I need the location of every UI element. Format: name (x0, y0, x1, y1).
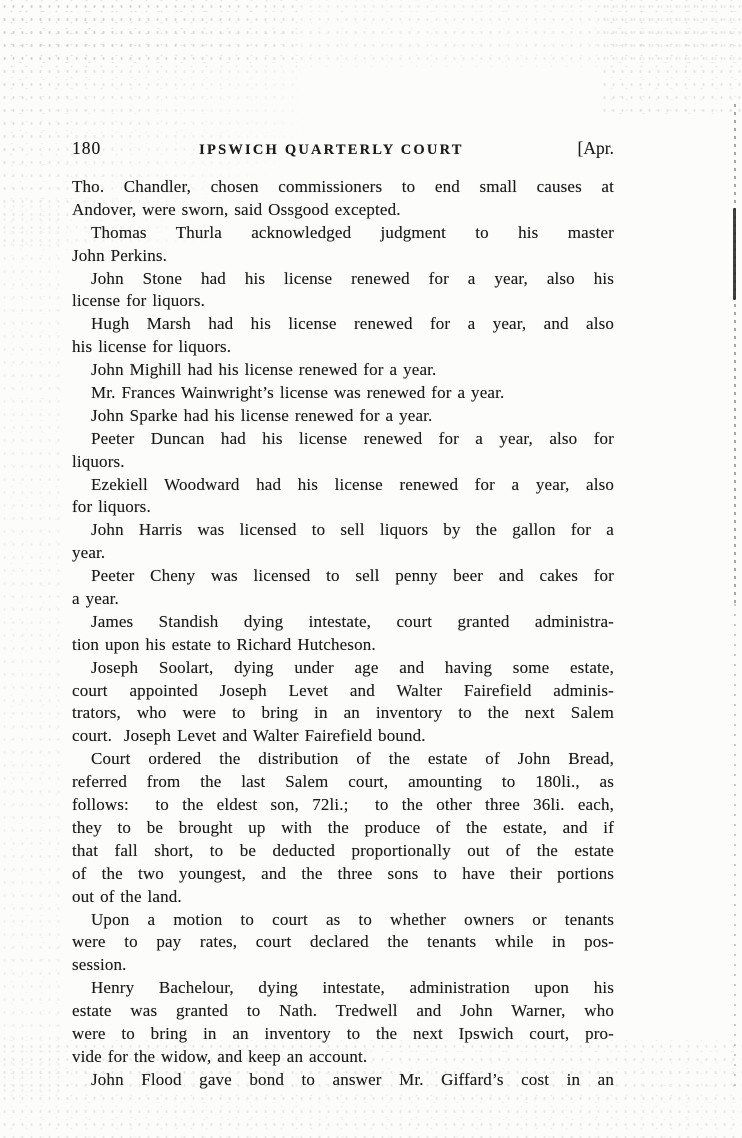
text-line: of the two youngest, and the three sons … (72, 863, 614, 886)
running-title: IPSWICH QUARTERLY COURT (199, 142, 463, 159)
text-line: that fall short, to be deducted proporti… (72, 840, 614, 863)
text-line: follows: to the eldest son, 72li.; to th… (72, 794, 614, 817)
text-line: Peeter Cheny was licensed to sell penny … (72, 565, 614, 588)
text-line: John Perkins. (72, 245, 614, 268)
text-line: Ezekiell Woodward had his license renewe… (72, 474, 614, 497)
text-line: out of the land. (72, 886, 614, 909)
text-line: John Flood gave bond to answer Mr. Giffa… (72, 1069, 614, 1092)
scan-noise-top (0, 0, 742, 70)
text-line: court appointed Joseph Levet and Walter … (72, 680, 614, 703)
page-edge-artifact-dark (733, 208, 736, 300)
text-line: Tho. Chandler, chosen commissioners to e… (72, 176, 614, 199)
page-edge-artifact-upper (734, 104, 736, 604)
text-line: for liquors. (72, 496, 614, 519)
text-line: vide for the widow, and keep an account. (72, 1046, 614, 1069)
text-line: license for liquors. (72, 290, 614, 313)
text-line: Henry Bachelour, dying intestate, admini… (72, 977, 614, 1000)
scan-noise-top-right (600, 0, 742, 120)
text-line: referred from the last Salem court, amou… (72, 771, 614, 794)
text-line: Upon a motion to court as to whether own… (72, 909, 614, 932)
running-header: 180 IPSWICH QUARTERLY COURT [Apr. (72, 138, 614, 159)
text-line: court. Joseph Levet and Walter Fairefiel… (72, 725, 614, 748)
text-line: were to bring in an inventory to the nex… (72, 1023, 614, 1046)
text-line: a year. (72, 588, 614, 611)
text-line: John Harris was licensed to sell liquors… (72, 519, 614, 542)
date-marker: [Apr. (578, 138, 614, 159)
text-line: session. (72, 954, 614, 977)
text-line: Thomas Thurla acknowledged judgment to h… (72, 222, 614, 245)
text-line: Mr. Frances Wainwright’s license was ren… (72, 382, 614, 405)
text-column: Tho. Chandler, chosen commissioners to e… (72, 176, 614, 1092)
text-line: they to be brought up with the produce o… (72, 817, 614, 840)
text-line: John Sparke had his license renewed for … (72, 405, 614, 428)
text-line: tion upon his estate to Richard Hutcheso… (72, 634, 614, 657)
text-line: liquors. (72, 451, 614, 474)
text-line: estate was granted to Nath. Tredwell and… (72, 1000, 614, 1023)
scan-noise-left (0, 200, 60, 1100)
page-number: 180 (72, 138, 101, 159)
text-line: John Mighill had his license renewed for… (72, 359, 614, 382)
page-edge-artifact-lower (734, 604, 736, 1094)
text-line: James Standish dying intestate, court gr… (72, 611, 614, 634)
text-line: Peeter Duncan had his license renewed fo… (72, 428, 614, 451)
text-line: Joseph Soolart, dying under age and havi… (72, 657, 614, 680)
text-line: trators, who were to bring in an invento… (72, 702, 614, 725)
text-line: his license for liquors. (72, 336, 614, 359)
text-line: year. (72, 542, 614, 565)
text-line: Court ordered the distribution of the es… (72, 748, 614, 771)
text-line: Andover, were sworn, said Ossgood except… (72, 199, 614, 222)
text-line: Hugh Marsh had his license renewed for a… (72, 313, 614, 336)
text-line: were to pay rates, court declared the te… (72, 931, 614, 954)
text-line: John Stone had his license renewed for a… (72, 268, 614, 291)
